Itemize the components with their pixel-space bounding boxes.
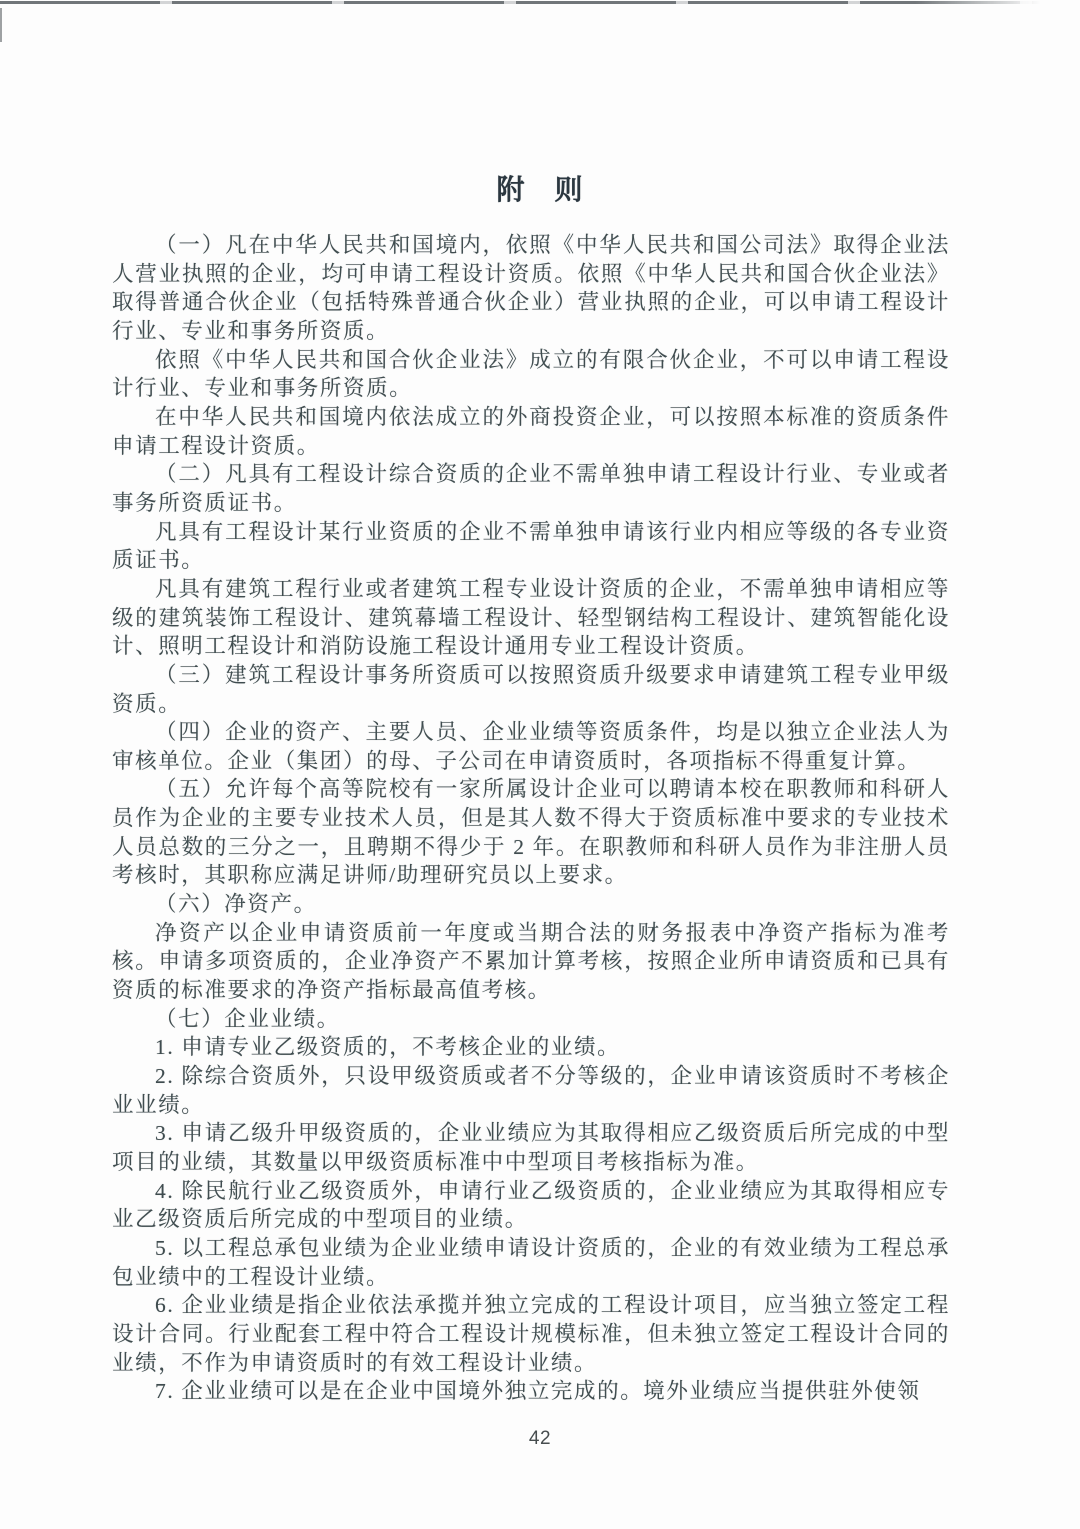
paragraph: 5. 以工程总承包业绩为企业业绩申请设计资质的，企业的有效业绩为工程总承包业绩中… [112, 1234, 950, 1291]
paragraph: 凡具有建筑工程行业或者建筑工程专业设计资质的企业，不需单独申请相应等级的建筑装饰… [112, 575, 950, 661]
page-number: 42 [0, 1428, 1080, 1450]
paragraph: （五）允许每个高等院校有一家所属设计企业可以聘请本校在职教师和科研人员作为企业的… [112, 775, 950, 890]
paragraph: 4. 除民航行业乙级资质外，申请行业乙级资质的，企业业绩应为其取得相应专业乙级资… [112, 1177, 950, 1234]
paragraph: 凡具有工程设计某行业资质的企业不需单独申请该行业内相应等级的各专业资质证书。 [112, 518, 950, 575]
paragraph: （三）建筑工程设计事务所资质可以按照资质升级要求申请建筑工程专业甲级资质。 [112, 661, 950, 718]
paragraph: 1. 申请专业乙级资质的，不考核企业的业绩。 [112, 1033, 950, 1062]
paragraph: （四）企业的资产、主要人员、企业业绩等资质条件，均是以独立企业法人为审核单位。企… [112, 718, 950, 775]
page-title: 附 则 [0, 168, 1080, 208]
document-body: （一）凡在中华人民共和国境内，依照《中华人民共和国公司法》取得企业法人营业执照的… [112, 231, 950, 1406]
paragraph: 7. 企业业绩可以是在企业中国境外独立完成的。境外业绩应当提供驻外使领 [112, 1377, 950, 1406]
document-page: 附 则 （一）凡在中华人民共和国境内，依照《中华人民共和国公司法》取得企业法人营… [0, 0, 1080, 1529]
paragraph: 3. 申请乙级升甲级资质的，企业业绩应为其取得相应乙级资质后所完成的中型项目的业… [112, 1119, 950, 1176]
paragraph: 6. 企业业绩是指企业依法承揽并独立完成的工程设计项目，应当独立签定工程设计合同… [112, 1291, 950, 1377]
paragraph: （六）净资产。 [112, 890, 950, 919]
paragraph: （七）企业业绩。 [112, 1005, 950, 1034]
paragraph: 2. 除综合资质外，只设甲级资质或者不分等级的，企业申请该资质时不考核企业业绩。 [112, 1062, 950, 1119]
paragraph: 在中华人民共和国境内依法成立的外商投资企业，可以按照本标准的资质条件申请工程设计… [112, 403, 950, 460]
paragraph: 净资产以企业申请资质前一年度或当期合法的财务报表中净资产指标为准考核。申请多项资… [112, 919, 950, 1005]
scan-artifact-top-edge [0, 1, 1040, 4]
scan-artifact-left-edge [0, 8, 2, 42]
paragraph: （一）凡在中华人民共和国境内，依照《中华人民共和国公司法》取得企业法人营业执照的… [112, 231, 950, 346]
paragraph: （二）凡具有工程设计综合资质的企业不需单独申请工程设计行业、专业或者事务所资质证… [112, 460, 950, 517]
paragraph: 依照《中华人民共和国合伙企业法》成立的有限合伙企业，不可以申请工程设计行业、专业… [112, 346, 950, 403]
